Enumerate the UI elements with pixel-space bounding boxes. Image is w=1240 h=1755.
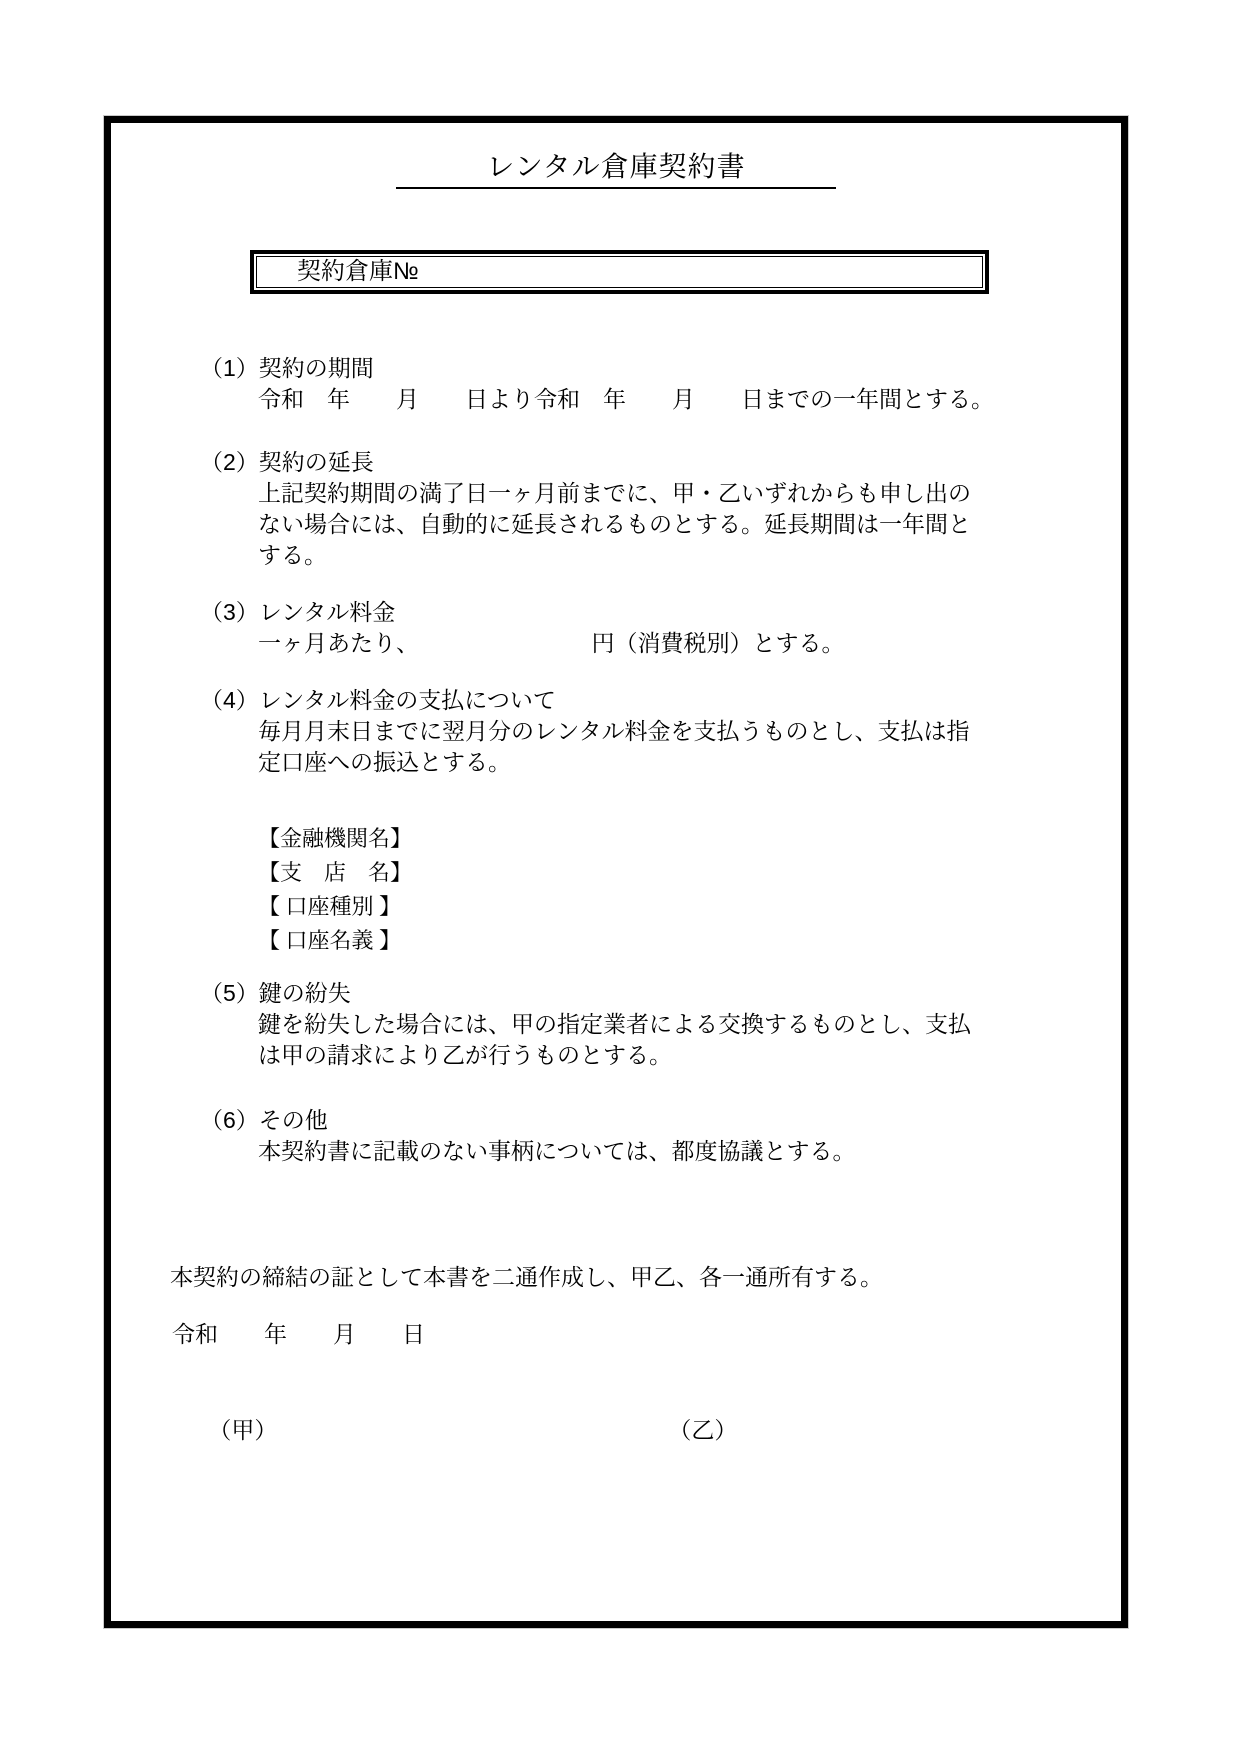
title-row: レンタル倉庫契約書 bbox=[111, 149, 1121, 189]
section-4: （4）レンタル料金の支払について 毎月月末日までに翌月分のレンタル料金を支払うも… bbox=[111, 685, 1121, 778]
section-6: （6）その他 本契約書に記載のない事柄については、都度協議とする。 bbox=[111, 1105, 1121, 1167]
party-b-label: （乙） bbox=[668, 1415, 737, 1446]
party-a-label: （甲） bbox=[208, 1415, 668, 1446]
section-1-body: 令和 年 月 日より令和 年 月 日までの一年間とする。 bbox=[111, 384, 1121, 415]
bank-branch-label: 【支 店 名】 bbox=[258, 856, 1121, 890]
section-3-body: 一ヶ月あたり、 円（消費税別）とする。 bbox=[111, 628, 1121, 659]
section-5-body: 鍵を紛失した場合には、甲の指定業者による交換するものとし、支払 は甲の請求により… bbox=[111, 1009, 1121, 1071]
section-3-heading: （3）レンタル料金 bbox=[111, 597, 1121, 628]
section-3-number: （3） bbox=[200, 599, 259, 625]
section-2-number: （2） bbox=[200, 449, 259, 475]
section-2-title: 契約の延長 bbox=[259, 449, 374, 475]
signature-parties-row: （甲）（乙） bbox=[111, 1384, 1121, 1477]
warehouse-number-box-inner: 契約倉庫№ bbox=[256, 256, 983, 288]
section-1-heading: （1）契約の期間 bbox=[111, 353, 1121, 384]
bank-account-type-label: 【 口座種別 】 bbox=[258, 890, 1121, 924]
document-canvas: レンタル倉庫契約書 契約倉庫№ （1）契約の期間 令和 年 月 日より令和 年 … bbox=[0, 0, 1240, 1755]
section-4-title: レンタル料金の支払について bbox=[259, 687, 556, 713]
section-4-body: 毎月月末日までに翌月分のレンタル料金を支払うものとし、支払は指 定口座への振込と… bbox=[111, 716, 1121, 778]
bank-account-name-label: 【 口座名義 】 bbox=[258, 924, 1121, 958]
section-6-heading: （6）その他 bbox=[111, 1105, 1121, 1136]
signature-date-line: 令和 年 月 日 bbox=[111, 1319, 1121, 1350]
contract-page-border: レンタル倉庫契約書 契約倉庫№ （1）契約の期間 令和 年 月 日より令和 年 … bbox=[104, 116, 1128, 1628]
closing-statement: 本契約の締結の証として本書を二通作成し、甲乙、各一通所有する。 bbox=[111, 1262, 1121, 1293]
section-2-line: 上記契約期間の満了日一ヶ月前までに、甲・乙いずれからも申し出の bbox=[258, 478, 1121, 509]
warehouse-number-box: 契約倉庫№ bbox=[250, 250, 989, 294]
section-2-line: する。 bbox=[258, 540, 1121, 571]
section-1-title: 契約の期間 bbox=[259, 355, 374, 381]
section-5: （5）鍵の紛失 鍵を紛失した場合には、甲の指定業者による交換するものとし、支払 … bbox=[111, 978, 1121, 1071]
section-2-body: 上記契約期間の満了日一ヶ月前までに、甲・乙いずれからも申し出の ない場合には、自… bbox=[111, 478, 1121, 571]
section-2: （2）契約の延長 上記契約期間の満了日一ヶ月前までに、甲・乙いずれからも申し出の… bbox=[111, 447, 1121, 571]
section-5-line: は甲の請求により乙が行うものとする。 bbox=[258, 1040, 1121, 1071]
section-4-line: 定口座への振込とする。 bbox=[258, 747, 1121, 778]
page-title: レンタル倉庫契約書 bbox=[396, 149, 835, 189]
section-1-line: 令和 年 月 日より令和 年 月 日までの一年間とする。 bbox=[258, 384, 1121, 415]
section-1: （1）契約の期間 令和 年 月 日より令和 年 月 日までの一年間とする。 bbox=[111, 353, 1121, 415]
section-5-heading: （5）鍵の紛失 bbox=[111, 978, 1121, 1009]
section-6-number: （6） bbox=[200, 1107, 259, 1133]
section-4-number: （4） bbox=[200, 687, 259, 713]
section-6-body: 本契約書に記載のない事柄については、都度協議とする。 bbox=[111, 1136, 1121, 1167]
section-4-line: 毎月月末日までに翌月分のレンタル料金を支払うものとし、支払は指 bbox=[258, 716, 1121, 747]
section-5-line: 鍵を紛失した場合には、甲の指定業者による交換するものとし、支払 bbox=[258, 1009, 1121, 1040]
section-5-title: 鍵の紛失 bbox=[259, 980, 351, 1006]
section-6-title: その他 bbox=[259, 1107, 328, 1133]
section-4-heading: （4）レンタル料金の支払について bbox=[111, 685, 1121, 716]
section-3: （3）レンタル料金 一ヶ月あたり、 円（消費税別）とする。 bbox=[111, 597, 1121, 659]
section-6-line: 本契約書に記載のない事柄については、都度協議とする。 bbox=[258, 1136, 1121, 1167]
section-2-heading: （2）契約の延長 bbox=[111, 447, 1121, 478]
section-2-line: ない場合には、自動的に延長されるものとする。延長期間は一年間と bbox=[258, 509, 1121, 540]
section-3-line: 一ヶ月あたり、 円（消費税別）とする。 bbox=[258, 628, 1121, 659]
warehouse-number-label: 契約倉庫№ bbox=[257, 257, 419, 287]
section-5-number: （5） bbox=[200, 980, 259, 1006]
section-3-title: レンタル料金 bbox=[259, 599, 396, 625]
section-1-number: （1） bbox=[200, 355, 259, 381]
bank-account-block: 【金融機関名】 【支 店 名】 【 口座種別 】 【 口座名義 】 bbox=[111, 822, 1121, 958]
bank-institution-label: 【金融機関名】 bbox=[258, 822, 1121, 856]
